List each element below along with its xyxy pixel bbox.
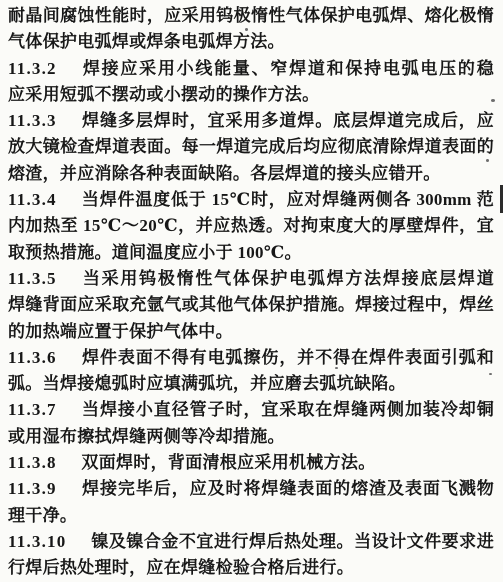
text-line: 行焊后热处理时，应在焊缝检验合格后进行。: [8, 555, 494, 581]
body-text: 或用湿布擦拭焊缝两侧等冷却措施。: [8, 427, 285, 446]
clause-number: 11.3.5: [8, 269, 57, 288]
clause-11-3-4: 11.3.4当焊件温度低于 15℃时，应对焊缝两侧各 300mm 范围 内加热至…: [8, 187, 494, 266]
clause-number: 11.3.2: [8, 59, 57, 78]
text-line: 11.3.9焊接完毕后，应及时将焊缝表面的熔渣及表面飞溅物清: [8, 476, 494, 502]
text-line: 11.3.8双面焊时，背面清根应采用机械方法。: [8, 450, 494, 476]
body-text: 熔渣，并应消除各种表面缺陷。各层焊道的接头应错开。: [8, 164, 441, 183]
scan-speck: [489, 373, 492, 375]
text-line: 放大镜检查焊道表面。每一焊道完成后均应彻底清除焊道表面的: [8, 134, 494, 160]
document-page: { "colors": { "background": "#fbfbf8", "…: [0, 0, 503, 582]
body-text: 弧。当焊接熄弧时应填满弧坑，并应磨去弧坑缺陷。: [8, 374, 406, 393]
clause-number: 11.3.10: [8, 532, 66, 551]
body-text: 放大镜检查焊道表面。每一焊道完成后均应彻底清除焊道表面的: [8, 137, 494, 156]
clause-11-3-10: 11.3.10镍及镍合金不宜进行焊后热处理。当设计文件要求进 行焊后热处理时，应…: [8, 529, 494, 582]
clause-number: 11.3.4: [8, 190, 57, 209]
body-text: 气体保护电弧焊或焊条电弧焊方法。: [8, 32, 285, 51]
text-line: 11.3.2焊接应采用小线能量、窄焊道和保持电弧电压的稳定，并: [8, 56, 494, 82]
clause-11-3-7: 11.3.7当焊接小直径管子时，宜采取在焊缝两侧加装冷却铜块 或用湿布擦拭焊缝两…: [8, 397, 494, 450]
body-text: 焊接完毕后，应及时将焊缝表面的熔渣及表面飞溅物清: [8, 479, 494, 502]
text-line: 或用湿布擦拭焊缝两侧等冷却措施。: [8, 424, 494, 450]
text-line: 内加热至 15℃～20℃，并应热透。对拘束度大的厚壁焊件，宜采: [8, 213, 494, 239]
text-block: 耐晶间腐蚀性能时，应采用钨极惰性气体保护电弧焊、熔化极惰性 气体保护电弧焊或焊条…: [8, 3, 494, 582]
scan-speck: [486, 159, 489, 162]
scan-speck: [335, 367, 338, 369]
body-text: 焊缝背面应采取充氩气或其他气体保护措施。焊接过程中，焊丝: [8, 295, 494, 314]
scan-speck: [245, 28, 248, 31]
clause-number: 11.3.7: [8, 400, 57, 419]
text-line: 取预热措施。道间温度应小于 100℃。: [8, 240, 494, 266]
body-text: 当焊接小直径管子时，宜采取在焊缝两侧加装冷却铜块: [8, 400, 494, 423]
clause-11-3-5: 11.3.5当采用钨极惰性气体保护电弧焊方法焊接底层焊道时， 焊缝背面应采取充氩…: [8, 266, 494, 345]
text-line: 11.3.4当焊件温度低于 15℃时，应对焊缝两侧各 300mm 范围: [8, 187, 494, 213]
clause-11-3-2: 11.3.2焊接应采用小线能量、窄焊道和保持电弧电压的稳定，并 应采用短弧不摆动…: [8, 56, 494, 109]
body-text: 当焊件温度低于 15℃时，应对焊缝两侧各 300mm 范围: [8, 190, 494, 213]
text-line: 11.3.5当采用钨极惰性气体保护电弧焊方法焊接底层焊道时，: [8, 266, 494, 292]
text-line: 11.3.7当焊接小直径管子时，宜采取在焊缝两侧加装冷却铜块: [8, 397, 494, 423]
body-text: 耐晶间腐蚀性能时，应采用钨极惰性气体保护电弧焊、熔化极惰性: [8, 6, 494, 29]
text-line: 的加热端应置于保护气体中。: [8, 319, 494, 345]
body-text: 焊件表面不得有电弧擦伤，并不得在焊件表面引弧和熄: [8, 348, 494, 371]
body-text: 当采用钨极惰性气体保护电弧焊方法焊接底层焊道时，: [8, 269, 494, 292]
text-line: 焊缝背面应采取充氩气或其他气体保护措施。焊接过程中，焊丝: [8, 292, 494, 318]
scan-speck: [491, 99, 495, 102]
body-text: 取预热措施。道间温度应小于 100℃。: [8, 243, 302, 262]
text-line: 熔渣，并应消除各种表面缺陷。各层焊道的接头应错开。: [8, 161, 494, 187]
text-line: 气体保护电弧焊或焊条电弧焊方法。: [8, 29, 494, 55]
text-line: 弧。当焊接熄弧时应填满弧坑，并应磨去弧坑缺陷。: [8, 371, 494, 397]
body-text: 的加热端应置于保护气体中。: [8, 322, 233, 341]
clause-number: 11.3.9: [8, 479, 57, 498]
clause-number: 11.3.3: [8, 111, 57, 130]
text-line: 11.3.3焊缝多层焊时，宜采用多道焊。底层焊道完成后，应采用: [8, 108, 494, 134]
text-line: 11.3.10镍及镍合金不宜进行焊后热处理。当设计文件要求进: [8, 529, 494, 555]
clause-11-3-3: 11.3.3焊缝多层焊时，宜采用多道焊。底层焊道完成后，应采用 放大镜检查焊道表…: [8, 108, 494, 187]
clause-number: 11.3.8: [8, 453, 57, 472]
clause-11-3-9: 11.3.9焊接完毕后，应及时将焊缝表面的熔渣及表面飞溅物清 理干净。: [8, 476, 494, 529]
text-line: 11.3.6焊件表面不得有电弧擦伤，并不得在焊件表面引弧和熄: [8, 345, 494, 371]
body-text: 行焊后热处理时，应在焊缝检验合格后进行。: [8, 558, 354, 577]
paragraph-continuation: 耐晶间腐蚀性能时，应采用钨极惰性气体保护电弧焊、熔化极惰性 气体保护电弧焊或焊条…: [8, 3, 494, 56]
body-text: 镍及镍合金不宜进行焊后热处理。当设计文件要求进: [91, 532, 494, 551]
body-text: 双面焊时，背面清根应采用机械方法。: [81, 453, 375, 472]
body-text: 理干净。: [8, 506, 77, 525]
text-line: 耐晶间腐蚀性能时，应采用钨极惰性气体保护电弧焊、熔化极惰性: [8, 3, 494, 29]
body-text: 内加热至 15℃～20℃，并应热透。对拘束度大的厚壁焊件，宜采: [8, 216, 494, 239]
body-text: 焊缝多层焊时，宜采用多道焊。底层焊道完成后，应采用: [8, 111, 494, 134]
clause-11-3-6: 11.3.6焊件表面不得有电弧擦伤，并不得在焊件表面引弧和熄 弧。当焊接熄弧时应…: [8, 345, 494, 398]
clause-number: 11.3.6: [8, 348, 57, 367]
clause-11-3-8: 11.3.8双面焊时，背面清根应采用机械方法。: [8, 450, 494, 476]
text-line: 理干净。: [8, 503, 494, 529]
body-text: 焊接应采用小线能量、窄焊道和保持电弧电压的稳定，并: [8, 59, 494, 82]
text-line: 应采用短弧不摆动或小摆动的操作方法。: [8, 82, 494, 108]
body-text: 应采用短弧不摆动或小摆动的操作方法。: [8, 85, 319, 104]
